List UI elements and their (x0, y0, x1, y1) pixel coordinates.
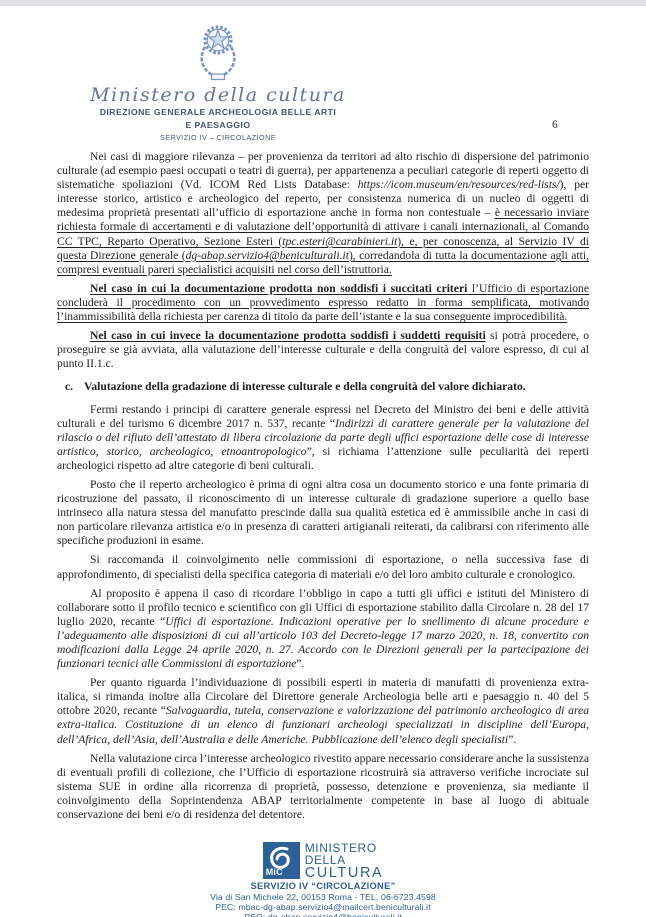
text-run-bold-underlined: Nel caso in cui la documentazione prodot… (90, 282, 467, 295)
servizio4-email-text: dg-abap.servizio4@beniculturali.it (186, 249, 349, 262)
footer-address-line: Via di San Michele 22, 00153 Roma - TEL.… (210, 892, 436, 902)
icom-url-text: https://icom.museum/en/resources/red-lis… (358, 178, 560, 191)
text-run: ”. (296, 657, 304, 670)
paragraph-7: Al proposito è appena il caso di ricorda… (57, 587, 589, 672)
paragraph-3: Nel caso in cui invece la documentazione… (57, 329, 589, 371)
directorate-line2: E PAESAGGIO (58, 120, 378, 132)
footer-ministry-line3: CULTURA (305, 866, 384, 880)
mic-logo-icon: MiC (263, 842, 300, 879)
paragraph-1: Nei casi di maggiore rilevanza – per pro… (57, 150, 589, 277)
heading-marker: c. (65, 380, 73, 394)
text-run: Si raccomanda il coinvolgimento nelle co… (57, 553, 589, 580)
text-run: ”. (508, 733, 516, 746)
paragraph-8: Per quanto riguarda l’individuazione di … (57, 676, 589, 746)
document-body: Nei casi di maggiore rilevanza – per pro… (57, 150, 589, 822)
mic-logo-row: MiC MINISTERO DELLA CULTURA (263, 842, 384, 880)
paragraph-9: Nella valutazione circa l’interesse arch… (57, 752, 589, 822)
letterhead: Ministero della cultura DIREZIONE GENERA… (58, 20, 378, 142)
mic-logo-text: MiC (266, 867, 283, 877)
footer-ministry-name: MINISTERO DELLA CULTURA (305, 842, 384, 880)
scan-top-edge (0, 0, 646, 6)
ministry-script-title: Ministero della cultura (58, 84, 378, 106)
footer-pec-line: PEC: mbac-dg-abap.servizio4@mailcert.ben… (215, 902, 430, 912)
section-heading-c: c. Valutazione della gradazione di inter… (57, 380, 589, 394)
paragraph-6: Si raccomanda il coinvolgimento nelle co… (57, 553, 589, 581)
footer: MiC MINISTERO DELLA CULTURA SERVIZIO IV … (0, 842, 646, 917)
page-number: 6 (552, 119, 558, 131)
footer-service-line: SERVIZIO IV “CIRCOLAZIONE” (250, 881, 395, 892)
text-run: Nella valutazione circa l’interesse arch… (57, 752, 589, 821)
text-run: Posto che il reperto archeologico è prim… (57, 478, 589, 547)
heading-text: Valutazione della gradazione di interess… (84, 380, 526, 394)
service-line: SERVIZIO IV – CIRCOLAZIONE (58, 133, 378, 142)
directorate-line1: DIREZIONE GENERALE ARCHEOLOGIA BELLE ART… (58, 107, 378, 119)
text-run-bold-underlined: Nel caso in cui invece la documentazione… (90, 329, 486, 342)
italy-republic-emblem-icon (195, 20, 241, 82)
footer-peo-line: PEO: dg-abap.servizio4@beniculturali.it (244, 912, 402, 917)
paragraph-4: Fermi restando i principi di carattere g… (57, 403, 589, 473)
paragraph-2: Nel caso in cui la documentazione prodot… (57, 282, 589, 324)
tpc-email-text: tpc.esteri@carabinieri.it (282, 235, 397, 248)
paragraph-5: Posto che il reperto archeologico è prim… (57, 478, 589, 548)
